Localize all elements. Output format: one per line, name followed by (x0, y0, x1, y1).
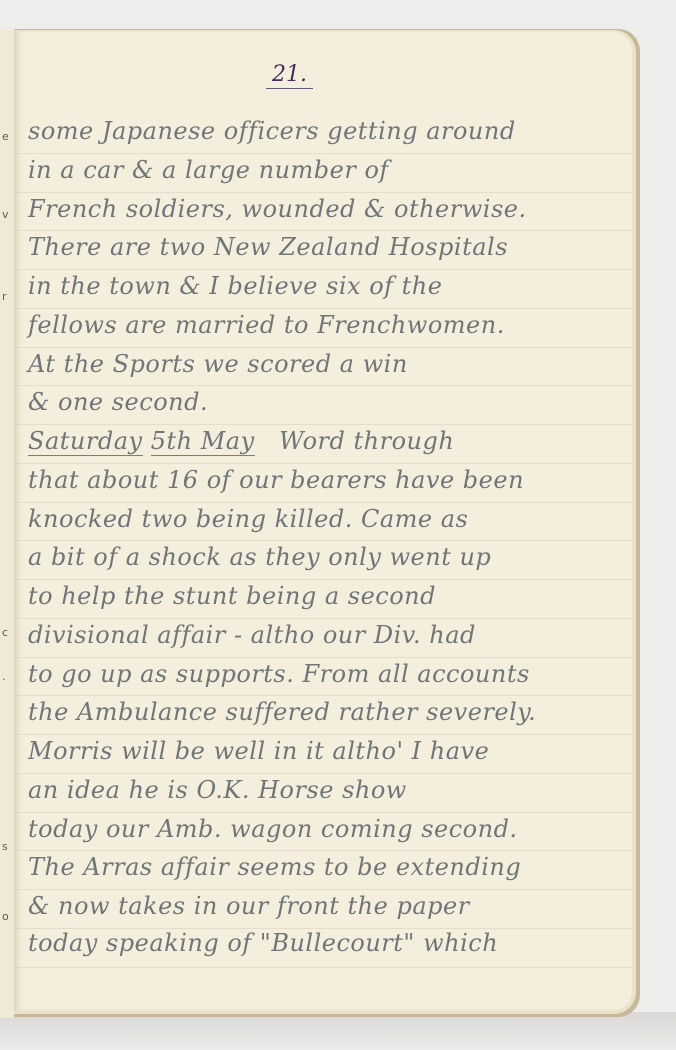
ruled-line (14, 463, 632, 464)
ruled-line (14, 850, 632, 851)
ruled-line (14, 734, 632, 735)
ruled-line (14, 889, 632, 890)
dated-entry-line: Saturday 5th May Word through (28, 429, 454, 453)
text-line: & now takes in our front the paper (28, 894, 470, 918)
text-line: that about 16 of our bearers have been (28, 468, 524, 492)
margin-mark: r (2, 290, 7, 303)
ruled-line (14, 385, 632, 386)
text-line: Morris will be well in it altho' I have (28, 739, 489, 763)
ruled-line (14, 347, 632, 348)
ruled-line (14, 230, 632, 231)
margin-mark: o (2, 910, 9, 923)
entry-date: 5th May (151, 427, 255, 456)
ruled-line (14, 967, 632, 968)
text-line: divisional affair - altho our Div. had (28, 623, 476, 647)
text-line: some Japanese officers getting around (28, 119, 516, 143)
text-line: an idea he is O.K. Horse show (28, 778, 407, 802)
ruled-line (14, 579, 632, 580)
text-line: The Arras affair seems to be extending (28, 855, 521, 879)
text-line: fellows are married to Frenchwomen. (28, 313, 505, 337)
diary-scan: e v r c . s o 21. some Japanese offic (0, 0, 676, 1050)
text-line: in the town & I believe six of the (28, 274, 442, 298)
background-shadow (0, 1012, 676, 1050)
margin-mark: . (2, 670, 6, 683)
text-line: There are two New Zealand Hospitals (28, 235, 508, 259)
margin-mark: e (2, 130, 9, 143)
ruled-line (14, 618, 632, 619)
ruled-line (14, 424, 632, 425)
ruled-line (14, 657, 632, 658)
diary-page: 21. some Japanese officers getting aroun… (14, 31, 632, 1011)
text-line: to help the stunt being a second (28, 584, 436, 608)
text-line: today speaking of "Bullecourt" which (28, 931, 498, 955)
ruled-line (14, 192, 632, 193)
ruled-line (14, 773, 632, 774)
text-line: the Ambulance suffered rather severely. (28, 700, 536, 724)
text-line: & one second. (28, 390, 208, 414)
ruled-line (14, 695, 632, 696)
ruled-line (14, 812, 632, 813)
page-number: 21. (266, 64, 313, 89)
ruled-line (14, 308, 632, 309)
ruled-line (14, 269, 632, 270)
ruled-line (14, 540, 632, 541)
text-line: to go up as supports. From all accounts (28, 662, 530, 686)
text-line: knocked two being killed. Came as (28, 507, 468, 531)
text-line: today our Amb. wagon coming second. (28, 817, 518, 841)
ruled-line (14, 153, 632, 154)
margin-mark: v (2, 208, 9, 221)
entry-text: Word through (263, 427, 455, 455)
text-line: in a car & a large number of (28, 158, 389, 182)
entry-day: Saturday (28, 427, 143, 456)
ruled-line (14, 502, 632, 503)
text-line: At the Sports we scored a win (28, 352, 408, 376)
text-line: a bit of a shock as they only went up (28, 545, 491, 569)
margin-mark: s (2, 840, 8, 853)
text-line: French soldiers, wounded & otherwise. (28, 197, 527, 221)
margin-mark: c (2, 626, 8, 639)
